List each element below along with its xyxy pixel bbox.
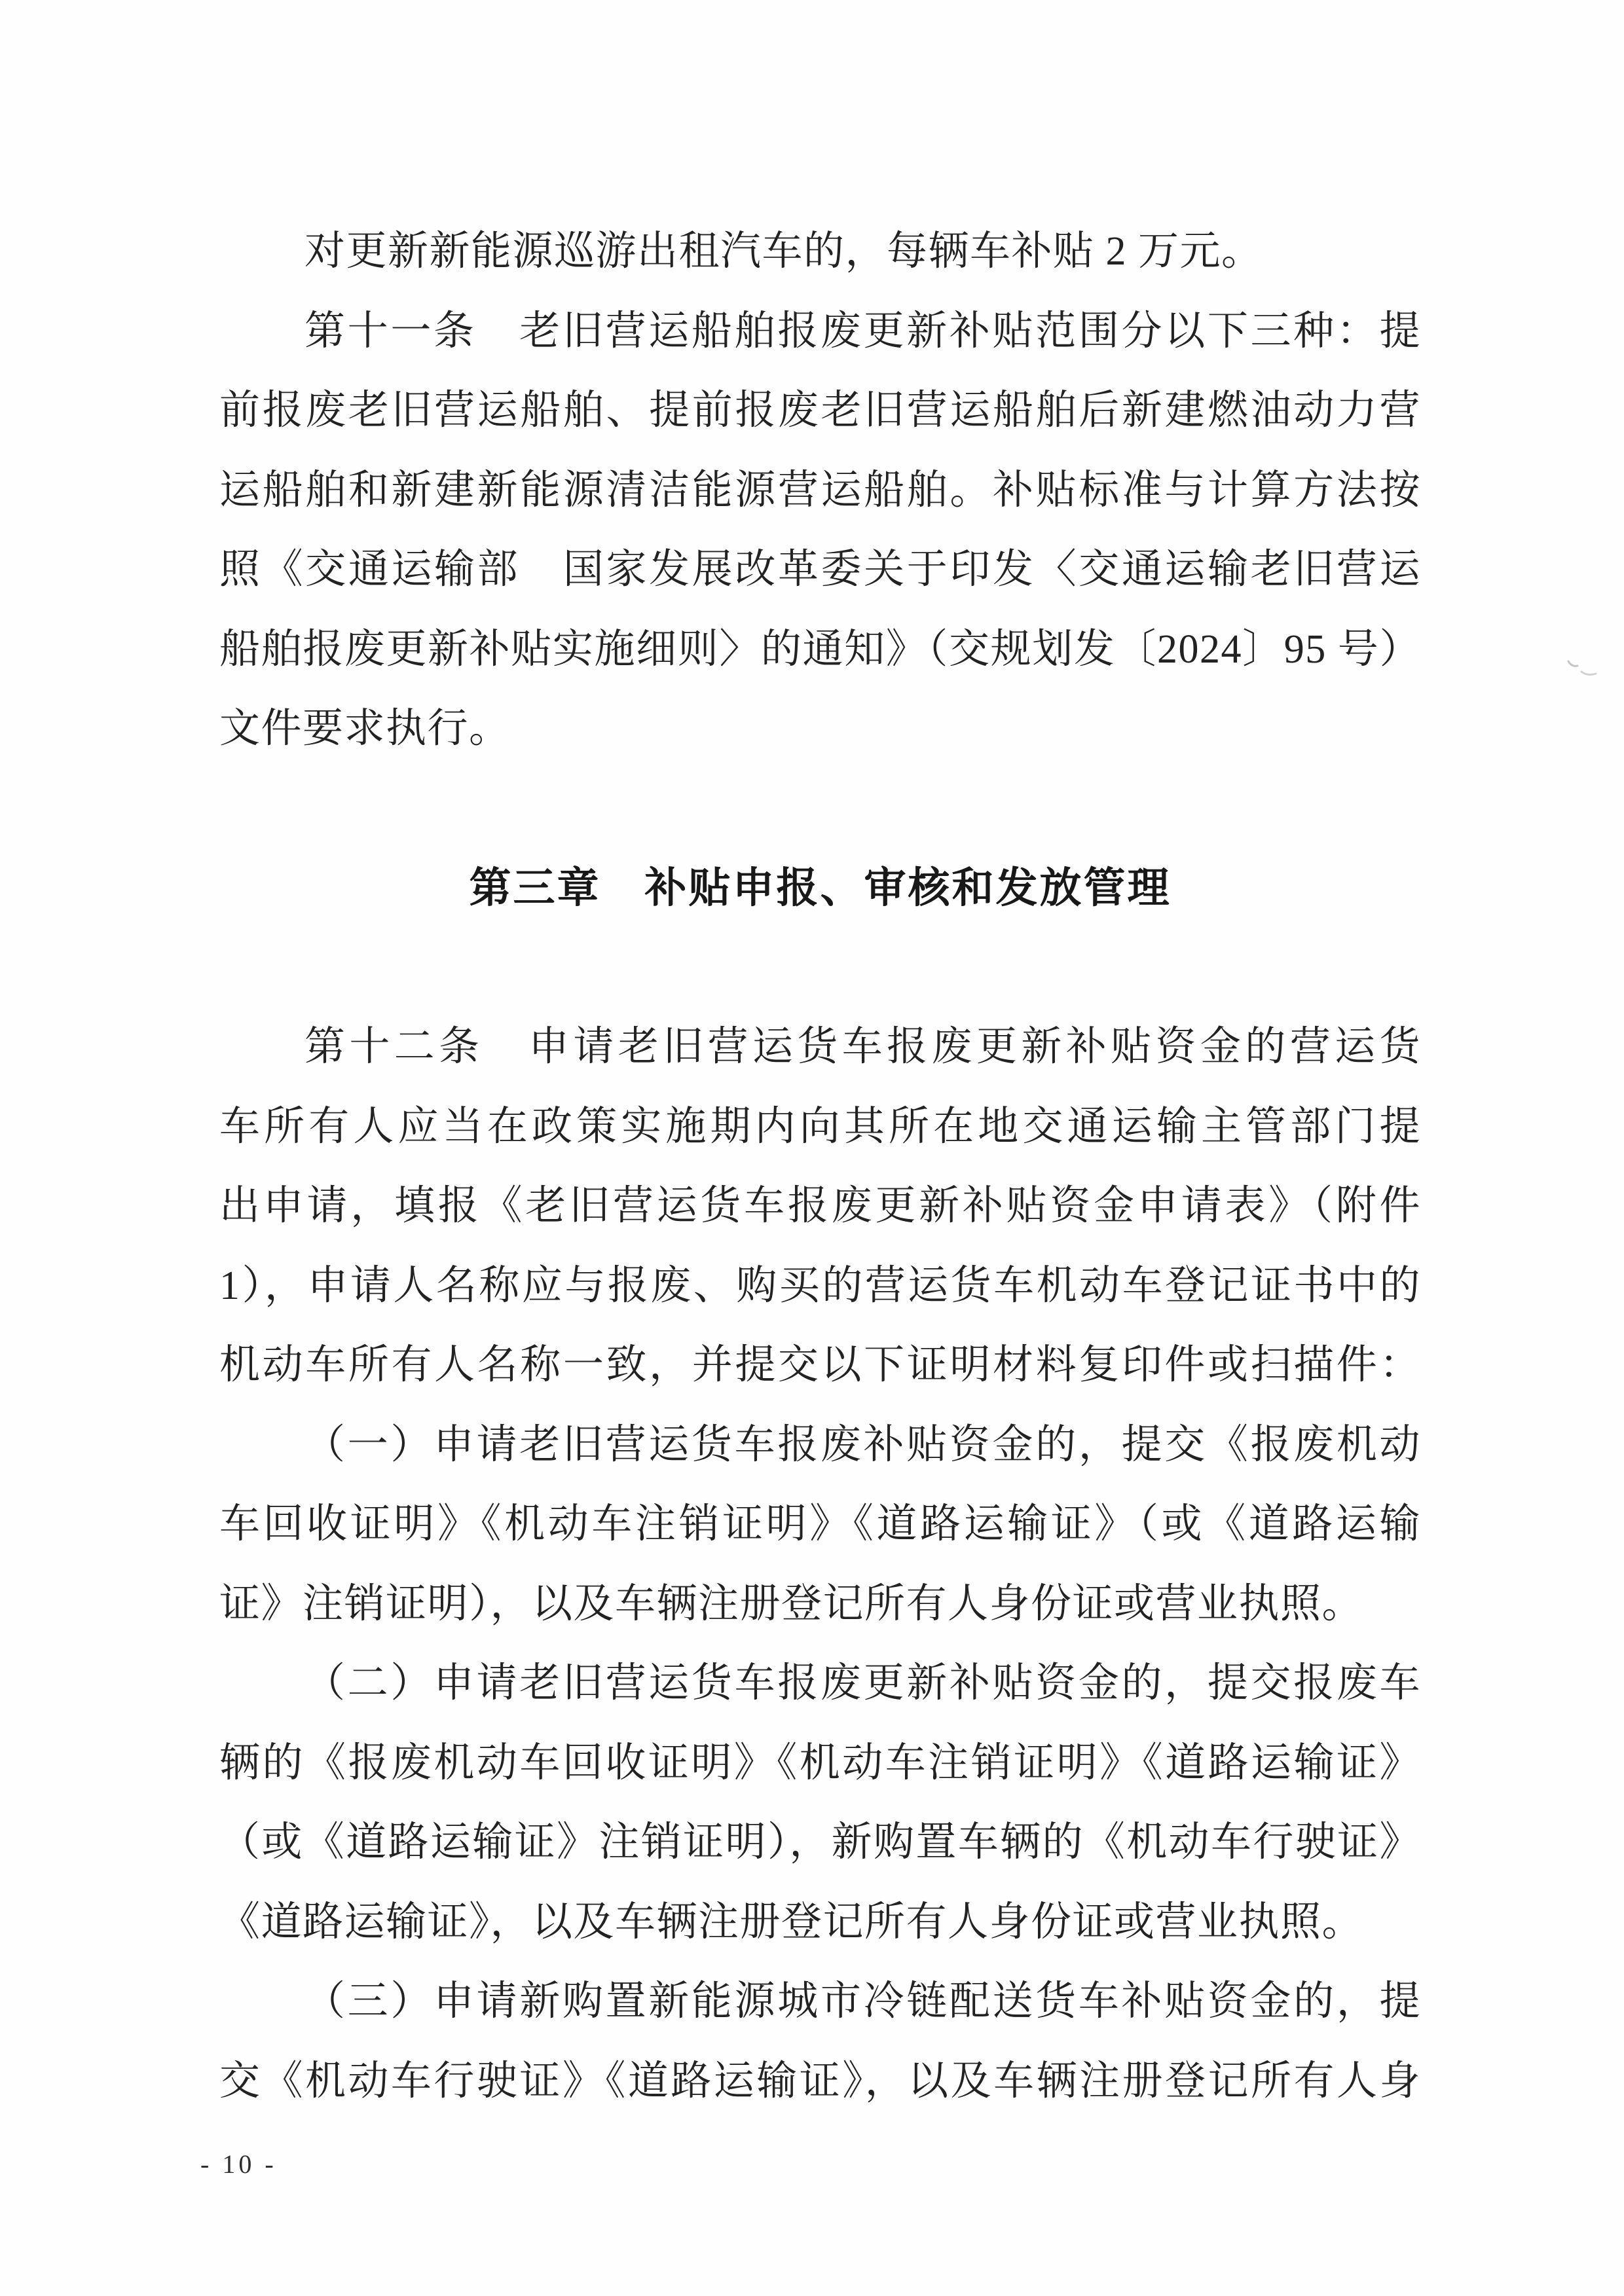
text-line: 车回收证明》《机动车注销证明》《道路运输证》（或《道路运输 [219, 1485, 1421, 1565]
text-line: 证》注销证明），以及车辆注册登记所有人身份证或营业执照。 [219, 1565, 1421, 1645]
paragraph: 第十二条 申请老旧营运货车报废更新补贴资金的营运货车所有人应当在政策实施期内向其… [219, 1008, 1421, 1406]
document-body: 对更新新能源巡游出租汽车的，每辆车补贴 2 万元。第十一条 老旧营运船舶报废更新… [219, 212, 1421, 2121]
text-line: 照《交通运输部 国家发展改革委关于印发〈交通运输老旧营运 [219, 530, 1421, 610]
page-number: - 10 - [200, 2149, 277, 2179]
text-line: （二）申请老旧营运货车报废更新补贴资金的，提交报废车 [219, 1644, 1421, 1724]
text-line: （或《道路运输证》注销证明），新购置车辆的《机动车行驶证》 [219, 1803, 1421, 1883]
text-line: 第十一条 老旧营运船舶报废更新补贴范围分以下三种：提 [219, 292, 1421, 372]
text-line: 车所有人应当在政策实施期内向其所在地交通运输主管部门提 [219, 1087, 1421, 1167]
paragraph: 第十一条 老旧营运船舶报废更新补贴范围分以下三种：提前报废老旧营运船舶、提前报废… [219, 292, 1421, 769]
document-page: 对更新新能源巡游出租汽车的，每辆车补贴 2 万元。第十一条 老旧营运船舶报废更新… [0, 0, 1624, 2296]
blank-line [219, 928, 1421, 1008]
text-line: 船舶报废更新补贴实施细则〉的通知》（交规划发〔2024〕95 号） [219, 610, 1421, 690]
text-line: 出申请，填报《老旧营运货车报废更新补贴资金申请表》（附件 [219, 1167, 1421, 1247]
text-line: 辆的《报废机动车回收证明》《机动车注销证明》《道路运输证》 [219, 1724, 1421, 1804]
blank-line [219, 769, 1421, 849]
text-line: 《道路运输证》，以及车辆注册登记所有人身份证或营业执照。 [219, 1883, 1421, 1963]
text-line: 对更新新能源巡游出租汽车的，每辆车补贴 2 万元。 [219, 212, 1421, 292]
text-line: 交《机动车行驶证》《道路运输证》，以及车辆注册登记所有人身 [219, 2042, 1421, 2122]
text-line: 机动车所有人名称一致，并提交以下证明材料复印件或扫描件： [219, 1326, 1421, 1406]
text-line: 文件要求执行。 [219, 689, 1421, 769]
scan-smudge-artifact [1562, 655, 1605, 685]
paragraph: （一）申请老旧营运货车报废补贴资金的，提交《报废机动车回收证明》《机动车注销证明… [219, 1406, 1421, 1645]
text-line: （三）申请新购置新能源城市冷链配送货车补贴资金的，提 [219, 1962, 1421, 2042]
text-line: 1），申请人名称应与报废、购买的营运货车机动车登记证书中的 [219, 1247, 1421, 1326]
text-line: 第十二条 申请老旧营运货车报废更新补贴资金的营运货 [219, 1008, 1421, 1087]
paragraph: （二）申请老旧营运货车报废更新补贴资金的，提交报废车辆的《报废机动车回收证明》《… [219, 1644, 1421, 1962]
paragraph: 对更新新能源巡游出租汽车的，每辆车补贴 2 万元。 [219, 212, 1421, 292]
paragraph: （三）申请新购置新能源城市冷链配送货车补贴资金的，提交《机动车行驶证》《道路运输… [219, 1962, 1421, 2121]
chapter-heading: 第三章 补贴申报、审核和发放管理 [219, 848, 1421, 928]
text-line: （一）申请老旧营运货车报废补贴资金的，提交《报废机动 [219, 1406, 1421, 1485]
text-line: 运船舶和新建新能源清洁能源营运船舶。补贴标准与计算方法按 [219, 451, 1421, 531]
text-line: 前报废老旧营运船舶、提前报废老旧营运船舶后新建燃油动力营 [219, 371, 1421, 451]
